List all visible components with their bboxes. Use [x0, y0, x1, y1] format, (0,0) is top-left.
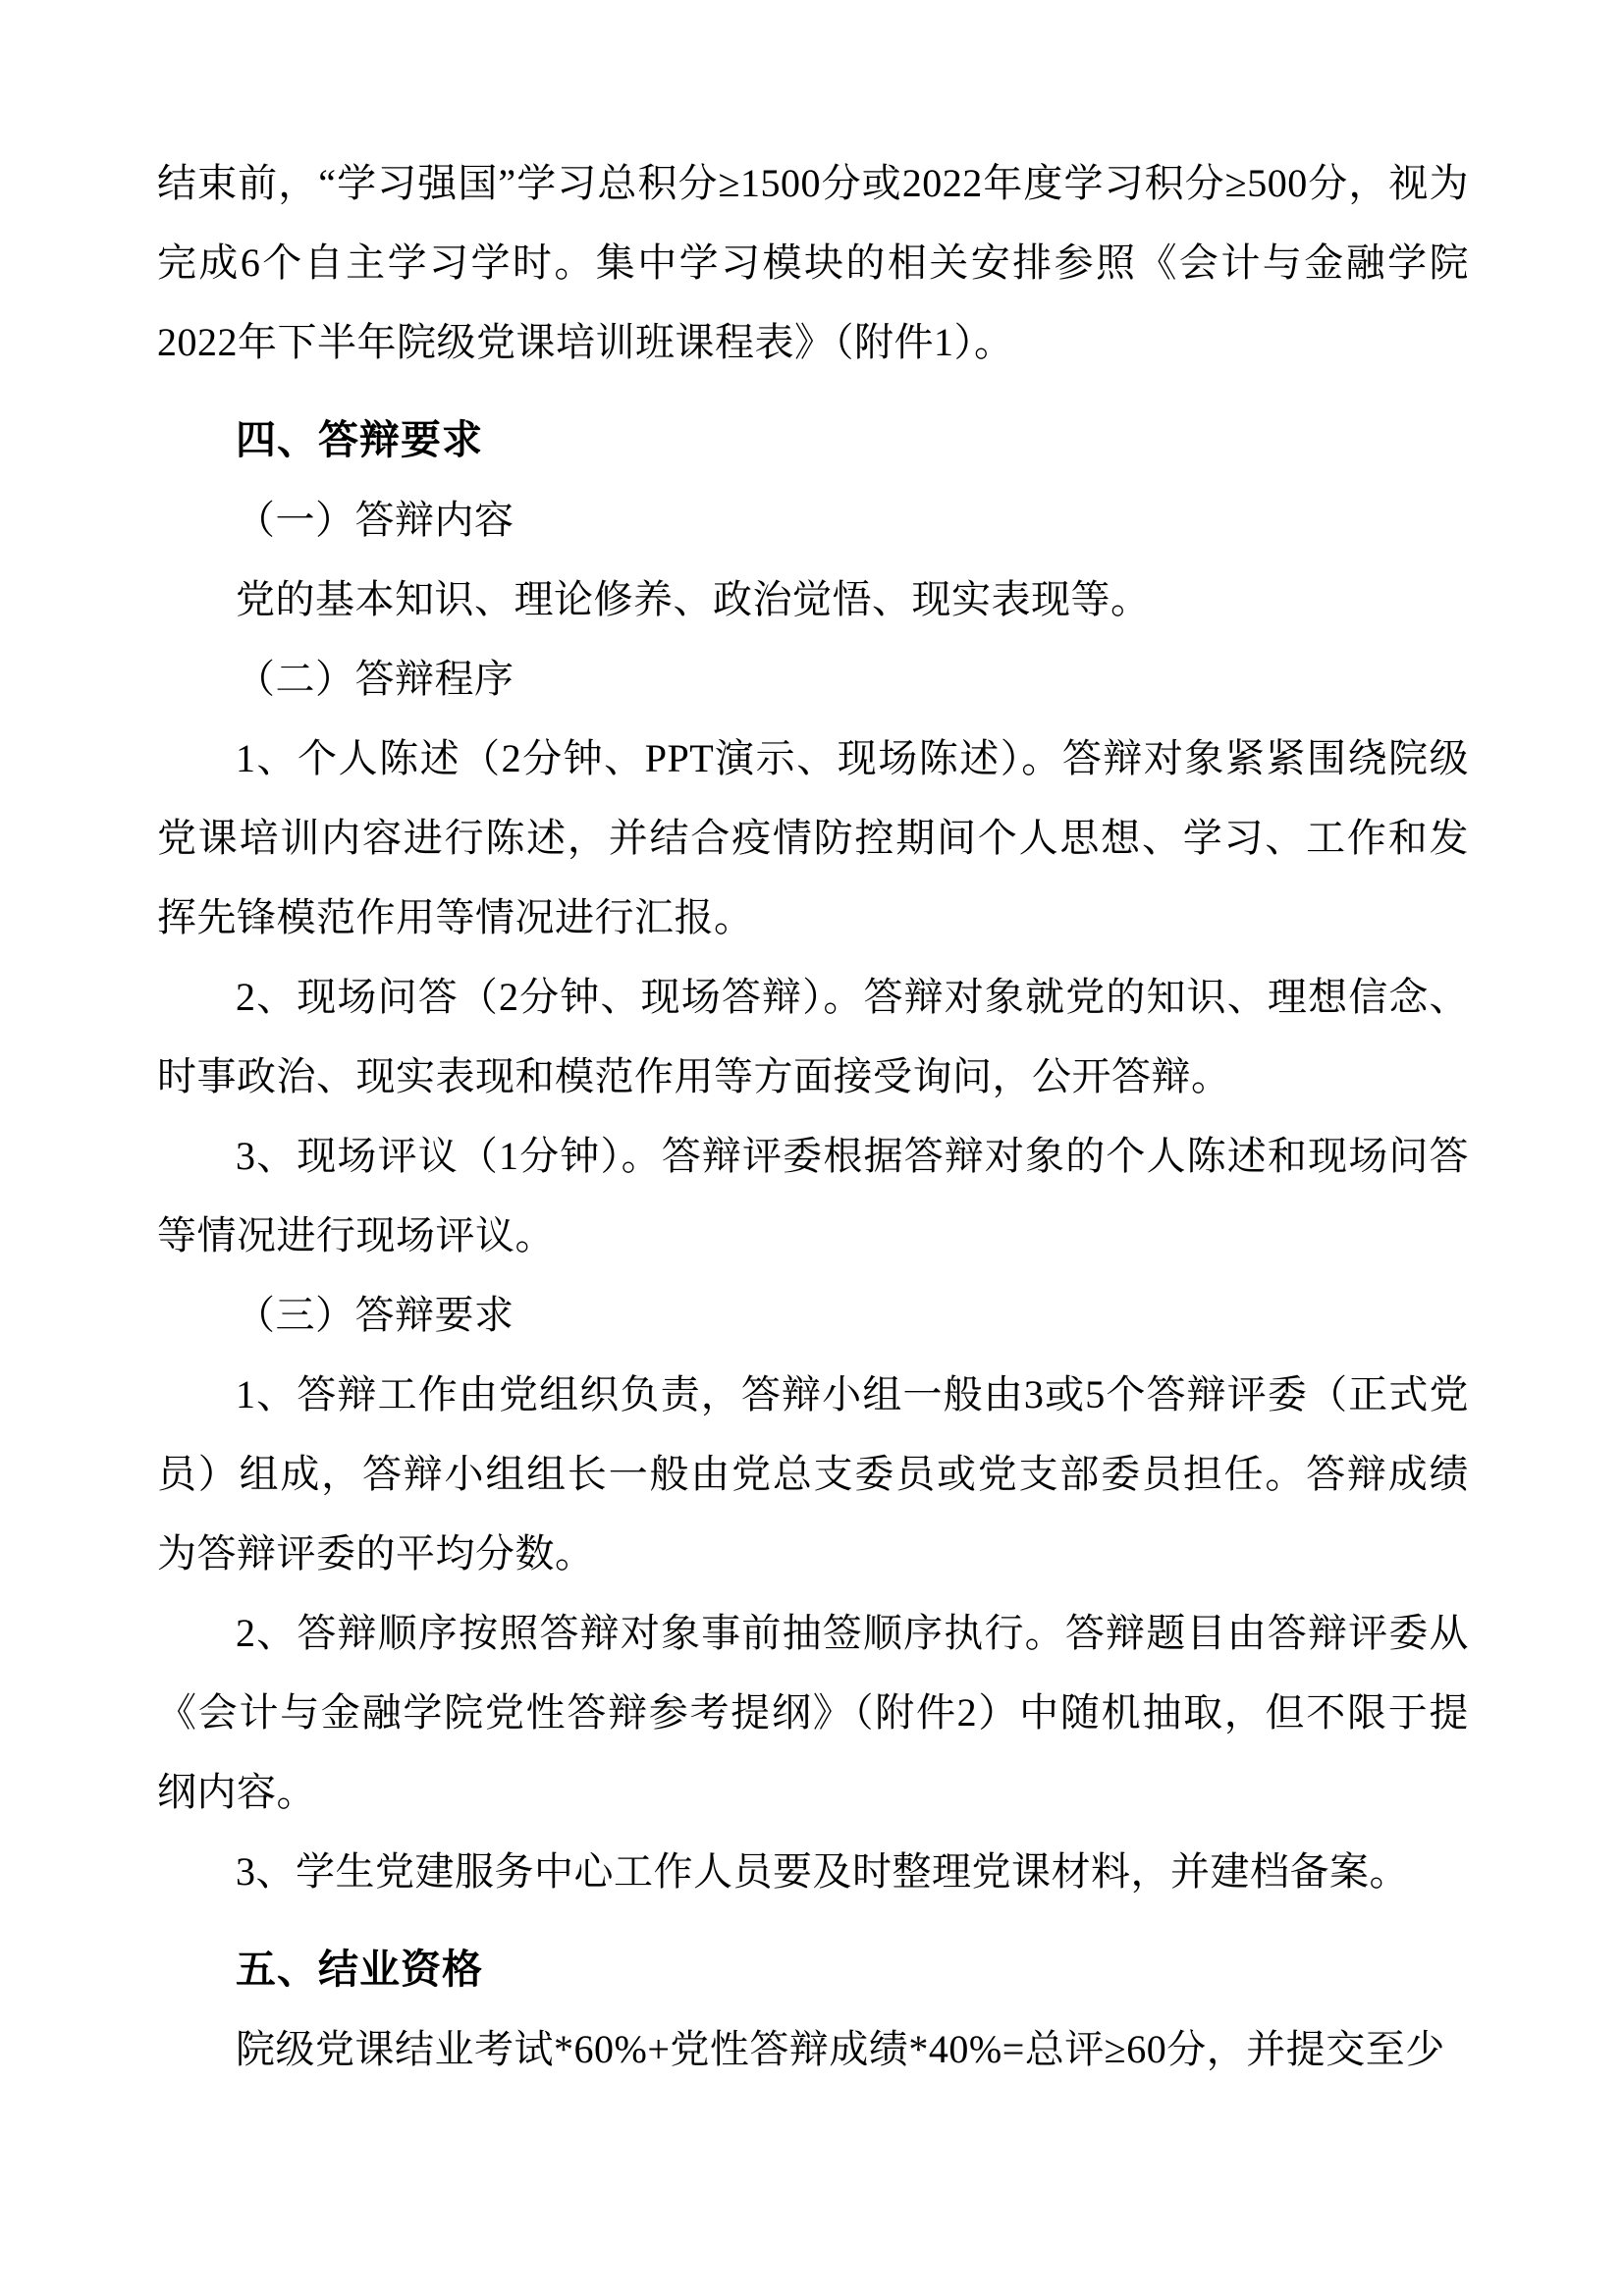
heading-section-4-defense-requirements: 四、答辩要求: [157, 400, 1469, 480]
paragraph-continuation-study-points: 结束前，“学习强国”学习总积分≥1500分或2022年度学习积分≥500分，视为…: [157, 143, 1469, 382]
paragraph-rules-item-1-committee: 1、答辩工作由党组织负责，答辩小组一般由3或5个答辩评委（正式党员）组成，答辩小…: [157, 1355, 1469, 1593]
subheading-defense-procedure: （二）答辩程序: [157, 639, 1469, 719]
document-body: 结束前，“学习强国”学习总积分≥1500分或2022年度学习积分≥500分，视为…: [157, 143, 1469, 2089]
heading-section-5-graduation-qualification: 五、结业资格: [157, 1930, 1469, 2009]
subheading-defense-content: （一）答辩内容: [157, 480, 1469, 560]
paragraph-procedure-step-2-live-qa: 2、现场问答（2分钟、现场答辩）。答辩对象就党的知识、理想信念、时事政治、现实表…: [157, 957, 1469, 1116]
paragraph-rules-item-2-order-and-topics: 2、答辩顺序按照答辩对象事前抽签顺序执行。答辩题目由答辩评委从《会计与金融学院党…: [157, 1593, 1469, 1832]
paragraph-rules-item-3-archiving: 3、学生党建服务中心工作人员要及时整理党课材料，并建档备案。: [157, 1832, 1469, 1911]
document-page: 结束前，“学习强国”学习总积分≥1500分或2022年度学习积分≥500分，视为…: [0, 0, 1624, 2296]
paragraph-graduation-score-formula: 院级党课结业考试*60%+党性答辩成绩*40%=总评≥60分，并提交至少: [157, 2009, 1469, 2089]
paragraph-procedure-step-3-live-review: 3、现场评议（1分钟）。答辩评委根据答辩对象的个人陈述和现场问答等情况进行现场评…: [157, 1116, 1469, 1275]
paragraph-procedure-step-1-personal-statement: 1、个人陈述（2分钟、PPT演示、现场陈述）。答辩对象紧紧围绕院级党课培训内容进…: [157, 719, 1469, 957]
subheading-defense-rules: （三）答辩要求: [157, 1275, 1469, 1355]
paragraph-defense-content-body: 党的基本知识、理论修养、政治觉悟、现实表现等。: [157, 560, 1469, 639]
